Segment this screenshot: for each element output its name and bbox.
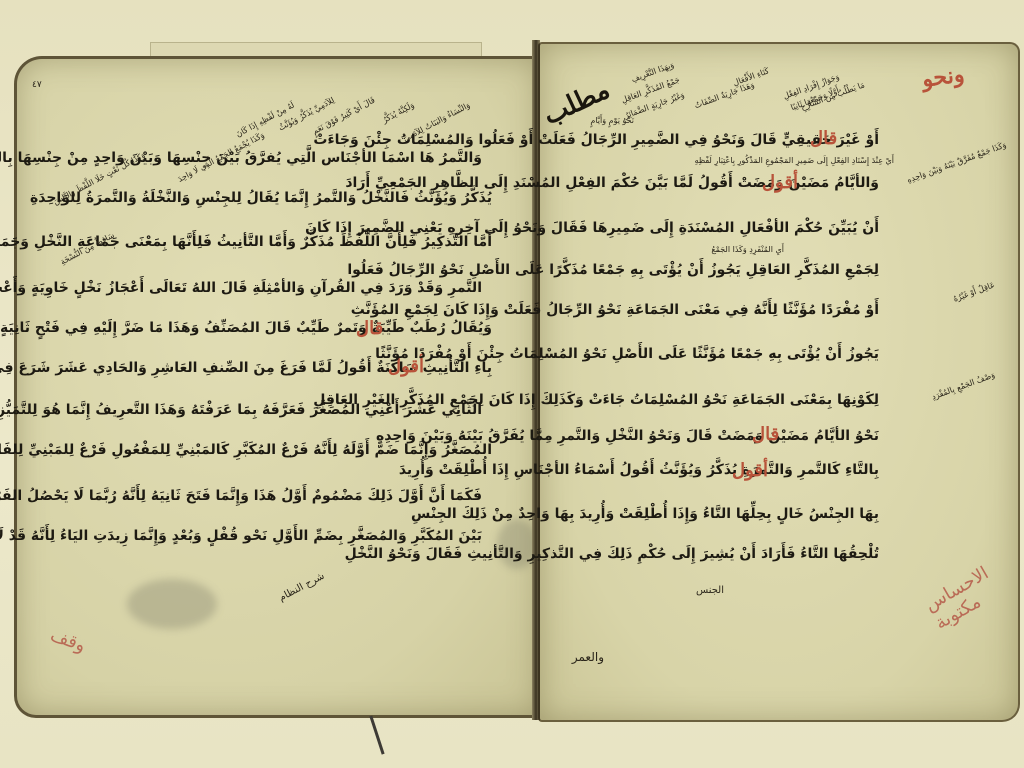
- text-line: التَّمرِ وَقَدْ وَرَدَ فِي القُرآنِ وَال…: [162, 280, 482, 296]
- rubric-qala: قال: [356, 318, 383, 339]
- text-line: بِاءِ التَّأنِيثِ سَاكِنَةٌ أَقُولُ لَمَ…: [162, 360, 492, 376]
- text-line: يَجُوزُ أَنْ يُؤْتَى بِهِ جَمْعًا مُؤَنَ…: [544, 346, 879, 362]
- text-line: نَحْوُ الأيَّامُ مَضَيْنَ وَمَضَتْ قَالَ…: [544, 428, 879, 444]
- interlinear-gloss: أَيْ عِنْدَ إِسْنَادِ الفِعْلِ إِلَى ضَم…: [695, 156, 894, 165]
- text-line: وَيُقَالُ رُطَبٌ طَيِّبَةٌ وَتَمرٌ طَيِّ…: [162, 320, 492, 336]
- text-line: أَوْ مُفْرَدًا مُؤَنَّثًا لِأَنَّهُ فِي …: [544, 302, 879, 318]
- rubric-qala: قال: [810, 128, 837, 149]
- margin-note: الجنس: [696, 585, 724, 596]
- text-line: بِهَا الجِنْسُ خَالٍ بِحِلِّهَا التَّاءُ…: [544, 506, 879, 522]
- text-line: يُذَكَّرُ وَيُؤَنَّثُ فَالنَّخْلُ وَالتَ…: [162, 190, 492, 206]
- rubric-aqulu: أقول: [762, 172, 798, 193]
- text-line: بِالتَّاءِ كَالتَّمرِ وَالتَّمرَةِ يُذَك…: [544, 462, 879, 478]
- text-line: المُصَغَّرُ وَإِنَّمَا ضَمَّ أَوَّلَهُ ل…: [162, 442, 492, 458]
- text-line: أَنْ يُبَيِّنَ حُكْمَ الأفْعَالِ المُسْن…: [544, 220, 879, 236]
- text-line: تُلْحِقُهَا التَّاءُ فَأَرَادَ أَنْ يُشِ…: [544, 546, 879, 562]
- text-line: لِكَوْنِهَا بِمَعْنَى الجَمَاعَةِ نَحْوُ…: [544, 392, 879, 408]
- text-line: بَيْنَ المُكَبَّرِ وَالمُصَغَّرِ بِضَمِّ…: [162, 528, 482, 544]
- interlinear-gloss: أَيِ المُنْفَرِدِ وَكَذَا الجَمْعُ: [711, 245, 784, 254]
- water-stain: [127, 579, 217, 629]
- folio-number: ٤٧: [32, 80, 42, 90]
- text-line: وَالأيَّامُ مَضَيْنَ وَمَضَتْ أَقُولُ لَ…: [544, 175, 879, 191]
- rubric-qala: قال: [752, 424, 779, 445]
- text-line: أَمَّا التَّذكِيرُ فَلِأَنَّ اللَّفْظَ م…: [162, 234, 492, 250]
- margin-note: والعمر: [572, 650, 604, 664]
- text-line: لِجَمْعِ المُذَكَّرِ العَاقِلِ يَجُوزُ أ…: [544, 262, 879, 278]
- rubric-aqulu: أقول: [732, 460, 768, 481]
- text-line: فَكَمَا أَنَّ أَوَّلَ ذَلِكَ مَضْمُومٌ أ…: [162, 488, 482, 504]
